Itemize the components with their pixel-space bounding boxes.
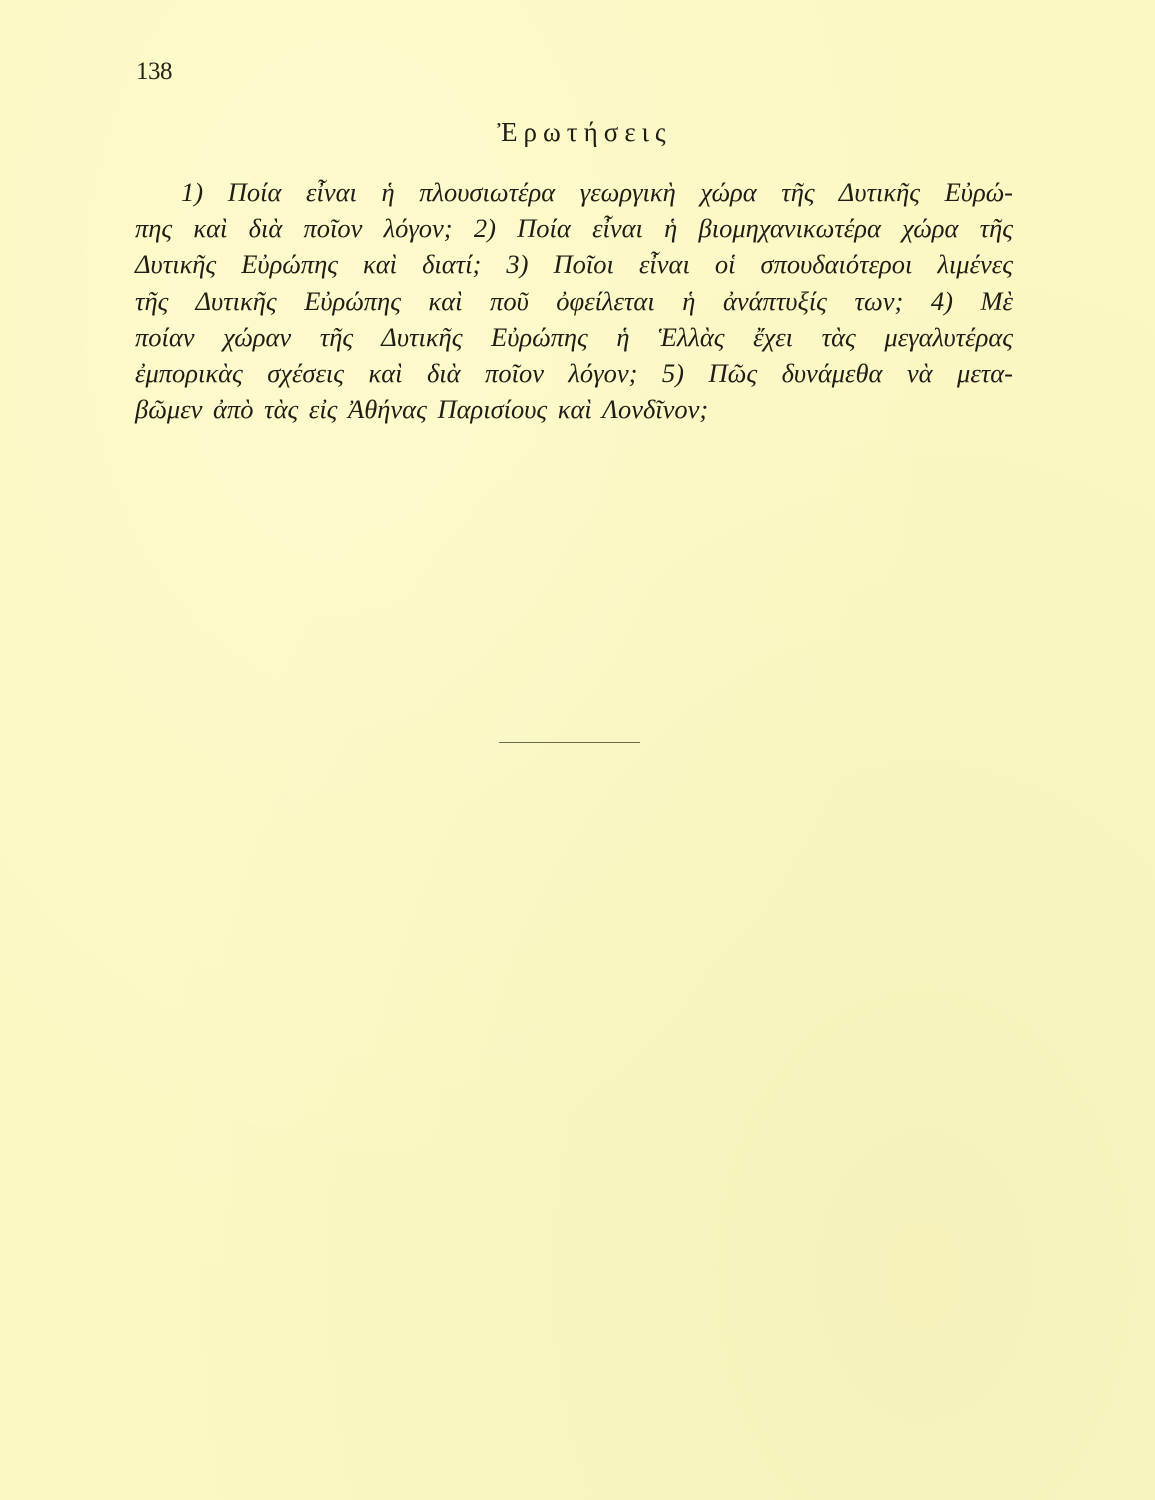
paragraph-line: ἐμπορικὰς σχέσεις καὶ διὰ ποῖον λόγον; 5… — [135, 355, 1013, 391]
paragraph-line: βῶμεν ἀπὸ τὰς εἰς Ἀθήνας Παρισίους καὶ Λ… — [135, 391, 1013, 427]
paragraph-line: 1) Ποία εἶναι ἡ πλουσιωτέρα γεωργικὴ χώρ… — [135, 174, 1013, 210]
section-divider — [499, 742, 640, 743]
paragraph-line: ποίαν χώραν τῆς Δυτικῆς Εὐρώπης ἡ Ἑλλὰς … — [135, 319, 1013, 355]
paragraph-line: πης καὶ διὰ ποῖον λόγον; 2) Ποία εἶναι ἡ… — [135, 210, 1013, 246]
section-title: Ἐρωτήσεις — [0, 117, 1155, 148]
paragraph-line: τῆς Δυτικῆς Εὐρώπης καὶ ποῦ ὀφείλεται ἡ … — [135, 283, 1013, 319]
page-number: 138 — [136, 58, 172, 86]
questions-paragraph: 1) Ποία εἶναι ἡ πλουσιωτέρα γεωργικὴ χώρ… — [135, 174, 1013, 427]
paragraph-line: Δυτικῆς Εὐρώπης καὶ διατί; 3) Ποῖοι εἶνα… — [135, 246, 1013, 282]
